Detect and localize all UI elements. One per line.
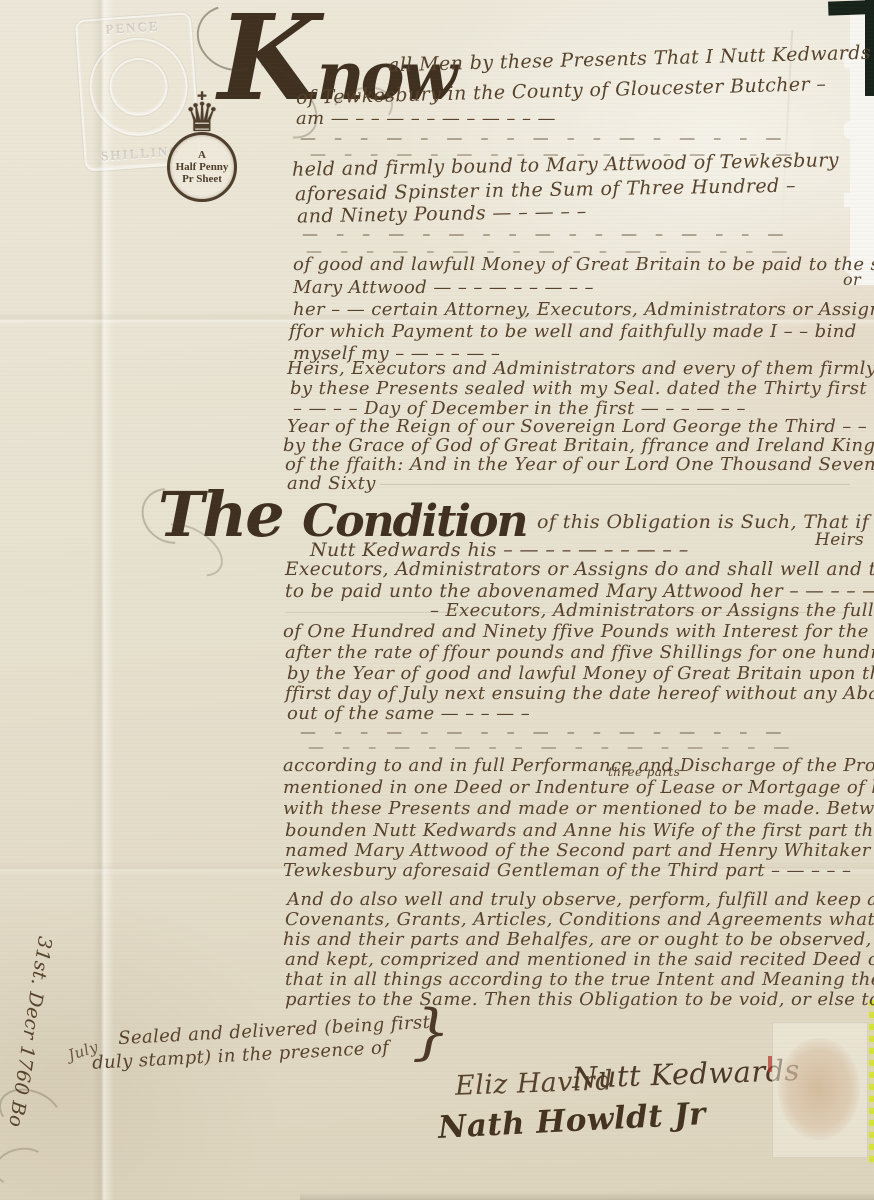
manuscript-line: Heirs, Executors and Administrators and …	[287, 360, 874, 378]
dash-filler-row: — – – — – — – – — – – — – — – – —	[302, 226, 785, 242]
manuscript-line: all Men by these Presents That I Nutt Ke…	[388, 44, 871, 76]
manuscript-line: Tewkesbury aforesaid Gentleman of the Th…	[283, 862, 851, 880]
manuscript-line: ffirst day of July next ensuing the date…	[285, 685, 874, 703]
manuscript-line: Mary Attwood — – – — – – — – –	[293, 279, 594, 297]
manuscript-line: his and their parts and Behalfes, are or…	[283, 931, 874, 949]
manuscript-line: her – — certain Attorney, Executors, Adm…	[293, 301, 874, 319]
manuscript-line: of good and lawfull Money of Great Brita…	[293, 256, 874, 274]
manuscript-line: of One Hundred and Ninety ffive Pounds w…	[283, 623, 874, 641]
manuscript-word-heirs: Heirs	[815, 532, 864, 549]
principal-signature: Nutt Kedwards	[572, 1056, 801, 1093]
manuscript-line: am — – – — – – — – — – – —	[296, 110, 556, 128]
dash-filler-row: — – – — – — – – — – – — – — – – —	[308, 739, 791, 755]
manuscript-line: Year of the Reign of our Sovereign Lord …	[287, 418, 867, 436]
manuscript-line: by the Grace of God of Great Britain, ff…	[283, 437, 874, 455]
attestation-brace: }	[412, 1002, 451, 1062]
halfpenny-stamp-text: Half Penny	[170, 161, 234, 173]
endorsement-flourish	[0, 1080, 68, 1143]
manuscript-line: of the ffaith: And in the Year of our Lo…	[285, 456, 874, 474]
manuscript-line: by the Year of good and lawful Money of …	[287, 665, 874, 683]
manuscript-line: and Ninety Pounds — – — – –	[297, 202, 587, 226]
manuscript-line: that in all things according to the true…	[285, 971, 874, 989]
torn-paper-edge	[844, 40, 860, 280]
manuscript-line: to be paid unto the abovenamed Mary Attw…	[285, 583, 874, 602]
halfpenny-stamp-text: A	[170, 149, 234, 161]
manuscript-line: bounden Nutt Kedwards and Anne his Wife …	[285, 822, 874, 840]
endorsement-flourish	[0, 1144, 51, 1191]
seal-remnant	[778, 1038, 860, 1140]
manuscript-line: after the rate of ffour pounds and ffive…	[285, 644, 874, 662]
manuscript-line: with these Presents and made or mentione…	[283, 800, 874, 818]
manuscript-line: by these Presents sealed with my Seal. d…	[290, 380, 867, 398]
manuscript-line: and kept, comprized and mentioned in the…	[285, 951, 874, 969]
halfpenny-stamp-text: Pr Sheet	[170, 173, 234, 185]
manuscript-line: Executors, Administrators or Assigns do …	[285, 561, 874, 580]
ruled-guide-line	[285, 612, 845, 613]
manuscript-line: parties to the Same. Then this Obligatio…	[285, 991, 874, 1009]
red-edge-mark	[768, 1056, 772, 1072]
witness-signature: Nath Howldt Jr	[437, 1099, 706, 1144]
manuscript-line: named Mary Attwood of the Second part an…	[285, 842, 874, 860]
manuscript-line: according to and in full Performance and…	[283, 757, 874, 775]
manuscript-line: mentioned in one Deed or Indenture of Le…	[283, 779, 874, 797]
halfpenny-stamp-roundel: A Half Penny Pr Sheet	[167, 132, 237, 202]
manuscript-line: Nutt Kedwards his – — – – — – – — – –	[310, 541, 689, 560]
scanner-yellow-sliver	[869, 1000, 874, 1165]
manuscript-word-or: or	[843, 272, 861, 288]
manuscript-line: Covenants, Grants, Articles, Conditions …	[285, 911, 874, 929]
manuscript-line: ffor which Payment to be well and faithf…	[289, 323, 857, 341]
manuscript-line: – Executors, Administrators or Assigns t…	[430, 602, 874, 620]
bottom-edge-shadow	[300, 1192, 874, 1200]
scanned-bond-document: PENCE SHILLING ✚ ♛ A Half Penny Pr Sheet…	[0, 0, 874, 1200]
manuscript-line: out of the same — – – — –	[287, 705, 530, 723]
manuscript-line: And do also well and truly observe, perf…	[287, 891, 874, 909]
